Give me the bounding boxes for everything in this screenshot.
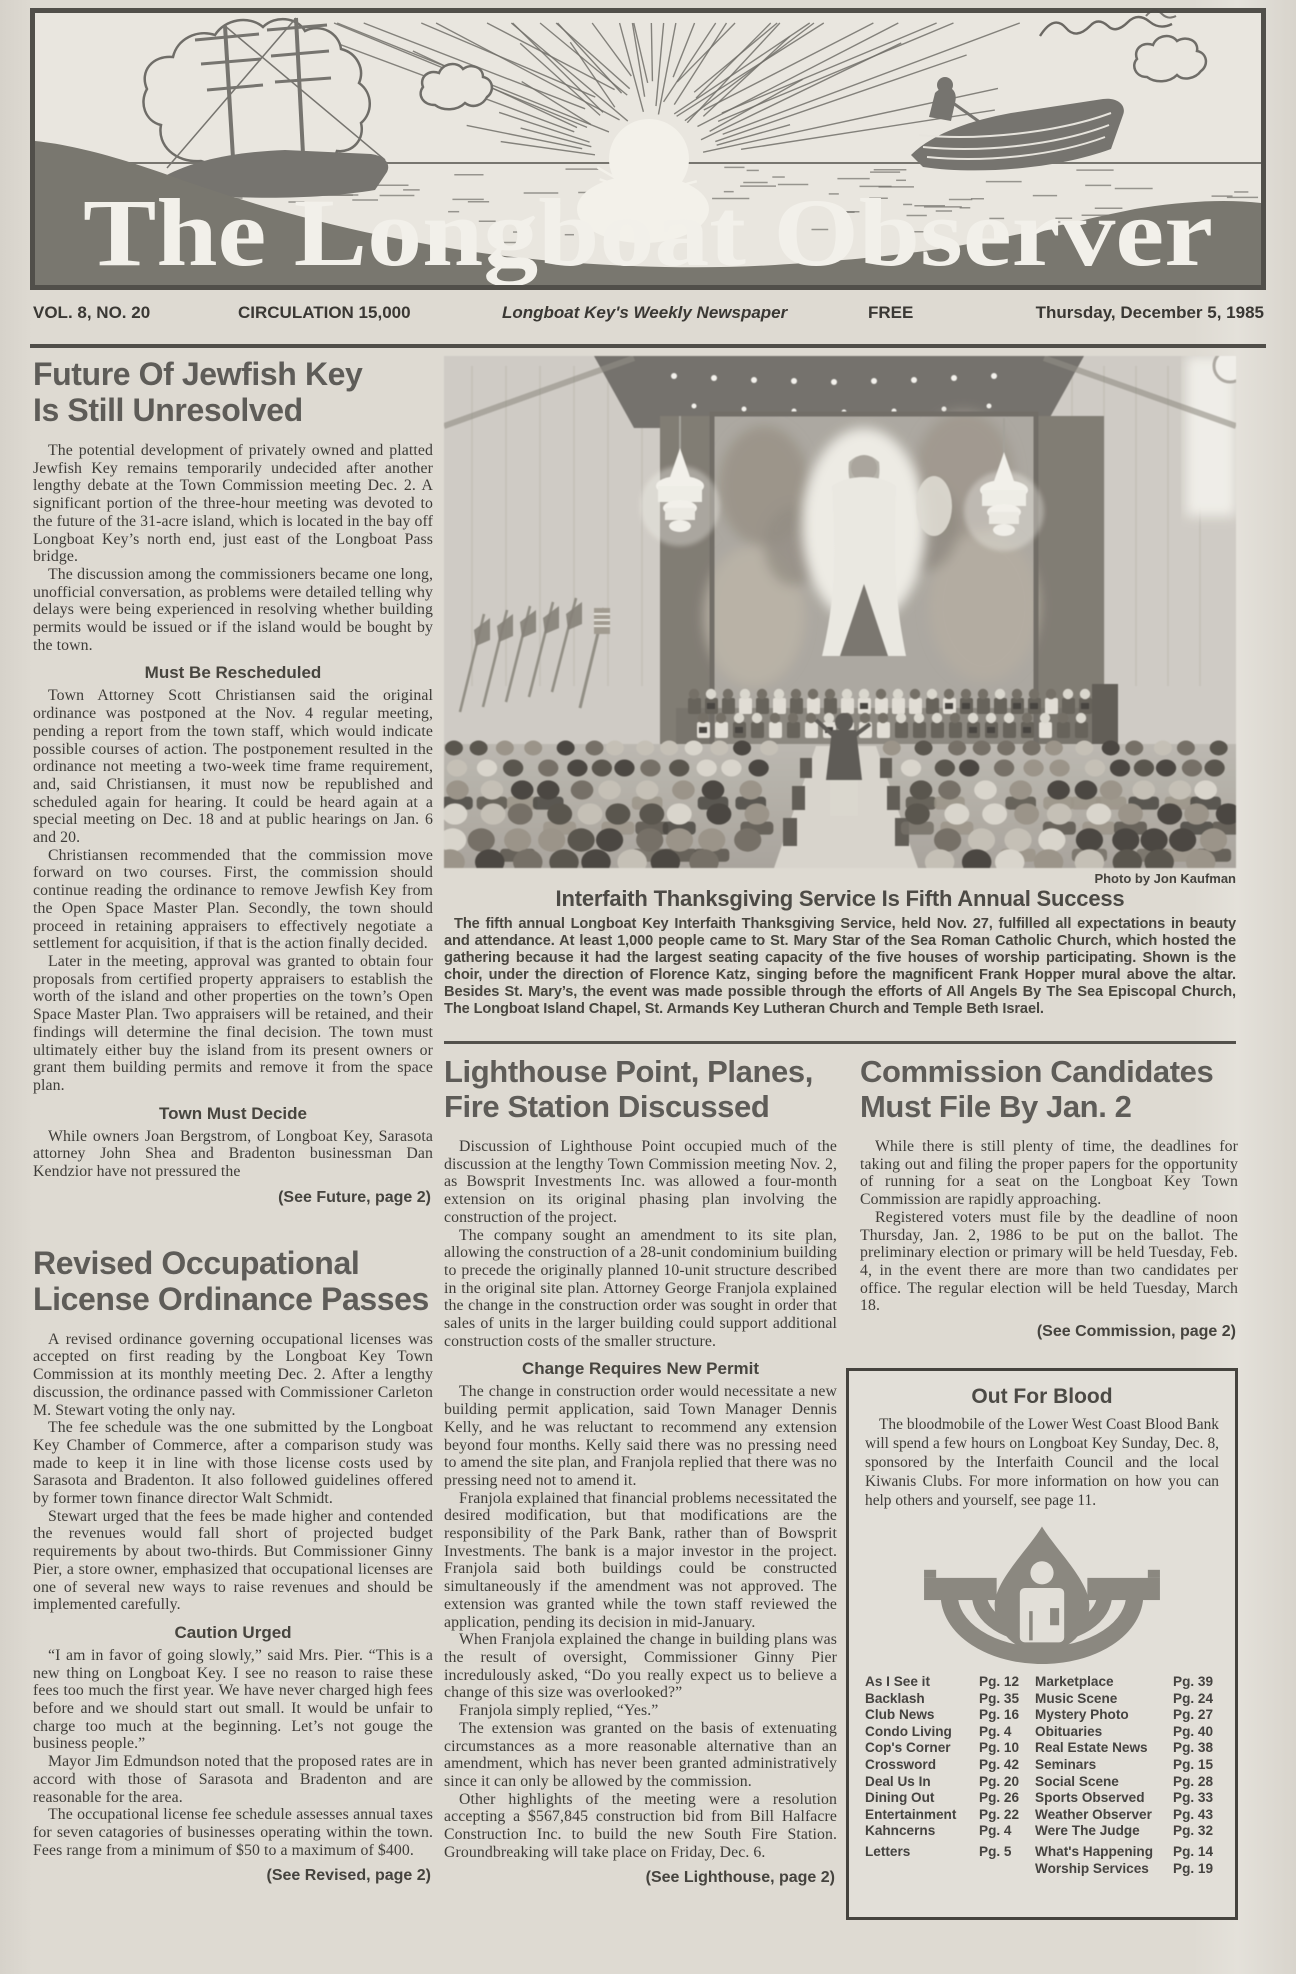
index-label: What's Happening <box>1035 1844 1165 1861</box>
continuation-note: (See Commission, page 2) <box>860 1323 1236 1341</box>
index-label: Letters <box>865 1844 971 1861</box>
index-label: Were The Judge <box>1035 1823 1165 1840</box>
photo-section: Photo by Jon Kaufman Interfaith Thanksgi… <box>444 356 1236 1018</box>
headline: Revised Occupational License Ordinance P… <box>33 1245 433 1317</box>
out-for-blood-box: Out For Blood The bloodmobile of the Low… <box>846 1368 1238 1920</box>
index-label: Entertainment <box>865 1807 971 1824</box>
index-label: Condo Living <box>865 1724 971 1741</box>
paragraph: The extension was granted on the basis o… <box>444 1720 837 1791</box>
caption-body: The fifth annual Longboat Key Interfaith… <box>444 916 1236 1018</box>
index-page: Pg. 27 <box>1173 1707 1219 1724</box>
paragraph: The fee schedule was the one submitted b… <box>33 1419 433 1508</box>
issue-date: Thursday, December 5, 1985 <box>1036 303 1264 323</box>
headline: Commission Candidates Must File By Jan. … <box>860 1054 1238 1124</box>
blood-donor-logo-icon <box>916 1522 1168 1664</box>
continuation-note: (See Revised, page 2) <box>33 1867 431 1885</box>
paragraph: Christiansen recommended that the commis… <box>33 847 433 953</box>
paragraph: The occupational license fee schedule as… <box>33 1806 433 1859</box>
paragraph: Discussion of Lighthouse Point occupied … <box>444 1138 837 1227</box>
left-column: Future Of Jewfish Key Is Still Unresolve… <box>33 356 433 1885</box>
index-label: Mystery Photo <box>1035 1707 1165 1724</box>
index-page: Pg. 33 <box>1173 1790 1219 1807</box>
index-page: Pg. 43 <box>1173 1807 1219 1824</box>
paragraph: While there is still plenty of time, the… <box>860 1138 1238 1209</box>
index-label: Social Scene <box>1035 1774 1165 1791</box>
index-page: Pg. 20 <box>979 1774 1027 1791</box>
index-page: Pg. 40 <box>1173 1724 1219 1741</box>
index-label: Obituaries <box>1035 1724 1165 1741</box>
paragraph: A revised ordinance governing occupation… <box>33 1331 433 1420</box>
article-occupational-license: Revised Occupational License Ordinance P… <box>33 1245 433 1886</box>
index-label: Kahncerns <box>865 1823 971 1840</box>
index-label: As I See it <box>865 1674 971 1691</box>
paragraph: The change in construction order would n… <box>444 1383 837 1489</box>
masthead: The Longboat Observer <box>30 8 1266 290</box>
paragraph: The company sought an amendment to its s… <box>444 1227 837 1351</box>
index-label <box>865 1861 971 1878</box>
box-body: The bloodmobile of the Lower West Coast … <box>865 1415 1219 1510</box>
box-title: Out For Blood <box>865 1385 1219 1409</box>
paragraph: Registered voters must file by the deadl… <box>860 1209 1238 1315</box>
continuation-note: (See Lighthouse, page 2) <box>444 1869 835 1887</box>
index-page: Pg. 35 <box>979 1691 1027 1708</box>
headline: Future Of Jewfish Key Is Still Unresolve… <box>33 356 433 428</box>
index-page: Pg. 38 <box>1173 1740 1219 1757</box>
section-rule <box>444 1041 1236 1044</box>
paragraph: While owners Joan Bergstrom, of Longboat… <box>33 1128 433 1181</box>
masthead-illustration: The Longboat Observer <box>35 13 1261 285</box>
masthead-info-line: VOL. 8, NO. 20 CIRCULATION 15,000 Longbo… <box>30 303 1266 329</box>
price: FREE <box>868 303 913 323</box>
index-label: Cop's Corner <box>865 1740 971 1757</box>
handwritten-mark <box>1030 2 1190 50</box>
index-page: Pg. 39 <box>1173 1674 1219 1691</box>
paragraph: Other highlights of the meeting were a r… <box>444 1791 837 1862</box>
photo-credit: Photo by Jon Kaufman <box>444 871 1236 886</box>
paragraph: Town Attorney Scott Christiansen said th… <box>33 687 433 846</box>
tagline: Longboat Key's Weekly Newspaper <box>502 303 787 323</box>
index-page: Pg. 12 <box>979 1674 1027 1691</box>
paragraph: The discussion among the commissioners b… <box>33 566 433 655</box>
index-page: Pg. 22 <box>979 1807 1027 1824</box>
circulation: CIRCULATION 15,000 <box>238 303 411 323</box>
masthead-rule <box>30 344 1266 348</box>
index-label: Backlash <box>865 1691 971 1708</box>
index-label: Music Scene <box>1035 1691 1165 1708</box>
index-page: Pg. 42 <box>979 1757 1027 1774</box>
right-column: Commission Candidates Must File By Jan. … <box>860 1054 1238 1341</box>
index-page: Pg. 14 <box>1173 1844 1219 1861</box>
volume-number: VOL. 8, NO. 20 <box>33 303 150 323</box>
index-page: Pg. 24 <box>1173 1691 1219 1708</box>
index-page: Pg. 19 <box>1173 1861 1219 1878</box>
index-label: Sports Observed <box>1035 1790 1165 1807</box>
newspaper-front-page: The Longboat Observer VOL. 8, NO. 20 CIR… <box>0 0 1296 1974</box>
subhead: Change Requires New Permit <box>444 1359 837 1379</box>
contents-index: As I See itPg. 12 MarketplacePg. 39 Back… <box>865 1674 1219 1877</box>
paragraph: Franjola simply replied, “Yes.” <box>444 1702 837 1720</box>
article-lighthouse-point: Lighthouse Point, Planes, Fire Station D… <box>444 1054 837 1887</box>
paragraph: Later in the meeting, approval was grant… <box>33 953 433 1095</box>
index-label: Seminars <box>1035 1757 1165 1774</box>
index-page: Pg. 28 <box>1173 1774 1219 1791</box>
subhead: Caution Urged <box>33 1623 433 1643</box>
masthead-title: The Longboat Observer <box>83 179 1213 285</box>
caption-title: Interfaith Thanksgiving Service Is Fifth… <box>444 886 1236 912</box>
index-label: Marketplace <box>1035 1674 1165 1691</box>
index-label: Dining Out <box>865 1790 971 1807</box>
index-label: Deal Us In <box>865 1774 971 1791</box>
index-page: Pg. 4 <box>979 1823 1027 1840</box>
index-page: Pg. 15 <box>1173 1757 1219 1774</box>
article-jewfish-key: Future Of Jewfish Key Is Still Unresolve… <box>33 356 433 1207</box>
index-page: Pg. 4 <box>979 1724 1027 1741</box>
subhead: Must Be Rescheduled <box>33 663 433 683</box>
headline: Lighthouse Point, Planes, Fire Station D… <box>444 1054 837 1124</box>
paragraph: Mayor Jim Edmundson noted that the propo… <box>33 1753 433 1806</box>
index-label: Crossword <box>865 1757 971 1774</box>
article-commission-candidates: Commission Candidates Must File By Jan. … <box>860 1054 1238 1341</box>
index-label: Real Estate News <box>1035 1740 1165 1757</box>
index-page: Pg. 10 <box>979 1740 1027 1757</box>
index-label: Club News <box>865 1707 971 1724</box>
index-label: Weather Observer <box>1035 1807 1165 1824</box>
paragraph: The potential development of privately o… <box>33 442 433 566</box>
paragraph: Franjola explained that financial proble… <box>444 1490 837 1632</box>
paragraph: Stewart urged that the fees be made high… <box>33 1508 433 1614</box>
middle-column: Lighthouse Point, Planes, Fire Station D… <box>444 1054 837 1887</box>
index-page: Pg. 5 <box>979 1844 1027 1861</box>
index-page: Pg. 32 <box>1173 1823 1219 1840</box>
subhead: Town Must Decide <box>33 1104 433 1124</box>
church-service-photo <box>444 356 1236 868</box>
index-label: Worship Services <box>1035 1861 1165 1878</box>
index-page: Pg. 26 <box>979 1790 1027 1807</box>
paragraph: “I am in favor of going slowly,” said Mr… <box>33 1647 433 1753</box>
index-page <box>979 1861 1027 1878</box>
continuation-note: (See Future, page 2) <box>33 1189 431 1207</box>
index-page: Pg. 16 <box>979 1707 1027 1724</box>
paragraph: When Franjola explained the change in bu… <box>444 1631 837 1702</box>
